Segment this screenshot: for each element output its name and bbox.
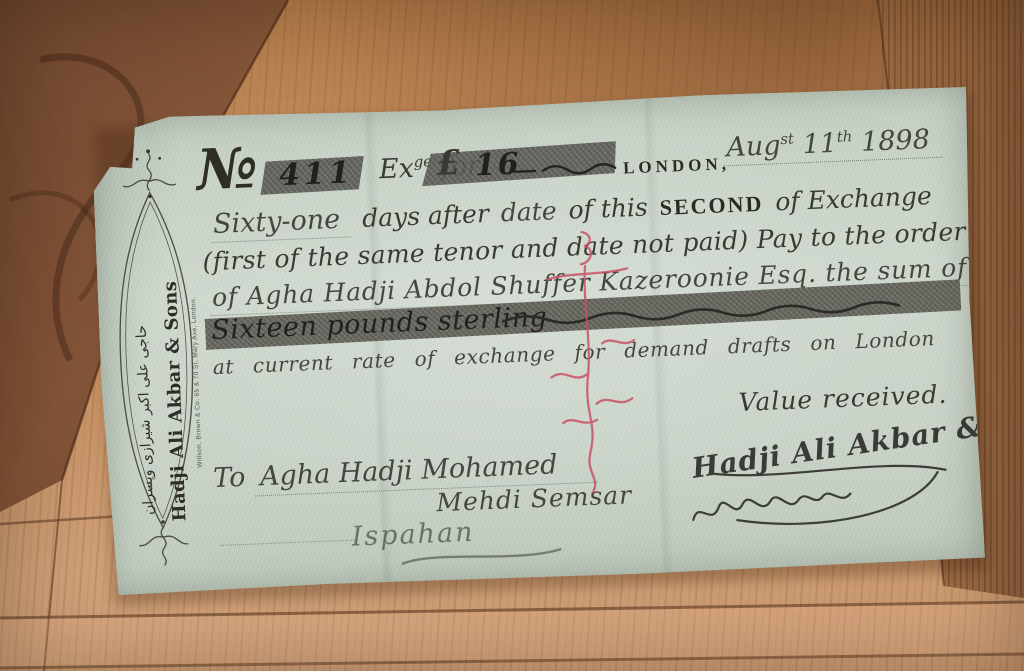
date-handwritten: Augst 11th 1898 — [722, 124, 943, 167]
persian-signature-script — [679, 457, 972, 544]
dotted-rule — [220, 539, 358, 546]
date-day-sup: th — [836, 127, 852, 146]
bill-of-exchange-document: Hadji Ali Akbar & Sons حاجى على اكبر شير… — [91, 85, 985, 598]
city-label: LONDON, — [623, 154, 731, 178]
pound-sign: £ — [436, 143, 461, 184]
amount-dash-flourish — [513, 158, 634, 181]
value-received-label: Value received. — [738, 380, 948, 417]
of-exchange-label: of Exchange — [775, 181, 933, 216]
date-day: 11 — [802, 128, 838, 160]
to-label: To — [213, 462, 246, 494]
of-this-label: of this — [568, 193, 648, 225]
date-word-handwritten: date — [500, 196, 557, 227]
date-month: Aug — [726, 130, 781, 163]
days-after-label: days after — [362, 199, 490, 233]
ex-label: Ex — [378, 153, 414, 185]
photo-of-document: Hadji Ali Akbar & Sons حاجى على اكبر شير… — [0, 0, 1024, 671]
date-month-sup: st — [780, 130, 794, 149]
drawee-city: Ispahan — [351, 517, 475, 553]
number-symbol: № — [196, 135, 259, 203]
usance-handwritten: Sixty-one — [210, 203, 350, 243]
serial-number: 411 — [278, 155, 354, 193]
panel-persian-name: حاجى على اكبر شيرازى وپسران — [134, 325, 158, 516]
second-of-exchange-word: SECOND — [659, 191, 764, 221]
date-year: 1898 — [861, 124, 931, 158]
panel-latin-name: Hadji Ali Akbar & Sons — [160, 280, 191, 521]
